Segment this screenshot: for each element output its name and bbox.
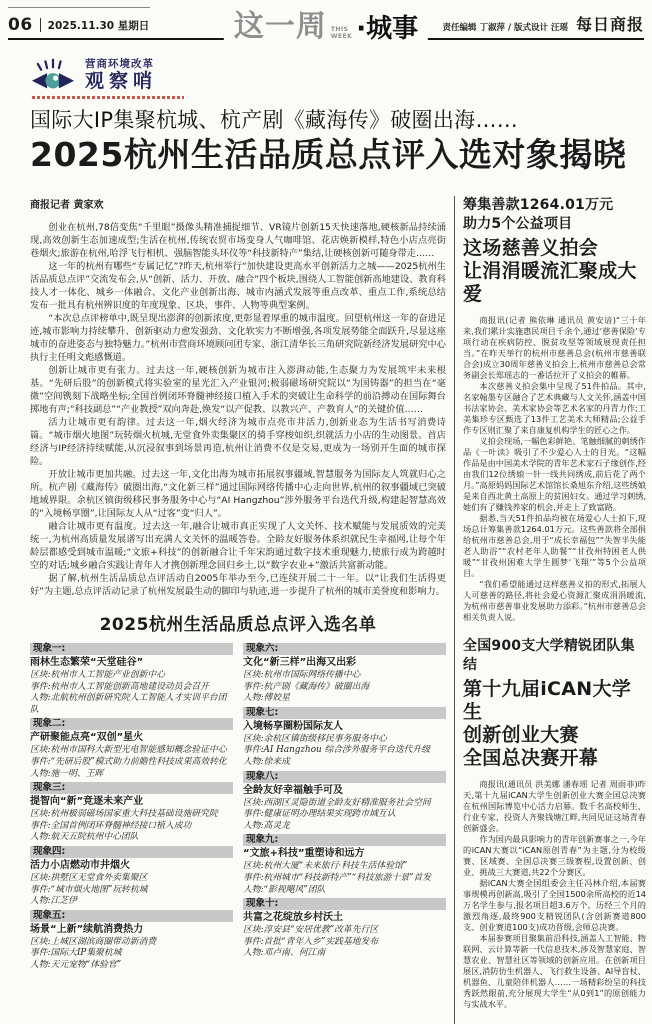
list-item: 现象二: 产研聚能点亮“双创”星火 区块:杭州市国科大新型光电智能感知概念验证中…	[30, 718, 233, 780]
list-item-label: 现象二:	[30, 718, 233, 730]
content-columns: 商报记者 黄家欢 创业在杭州,78倍变焦“千里眼”摄像头精准捕捉细节、VR镜片创…	[30, 196, 646, 1024]
list-item: 现象五: 场景“上新”续航消费热力 区块:上城区湖滨商圈带动新消费 事件:国际大…	[30, 910, 233, 972]
sidebar-article-body: 商报讯(记者 熊依琳 通讯员 黄安谙)“三十年来,我们累计实施惠民项目千余个,通…	[463, 315, 646, 623]
sidebar-article-kicker: 全国900支大学精锐团队集结	[463, 637, 646, 675]
list-item-title: 入境畅享圈粉国际友人	[243, 721, 446, 733]
kicker-line: 全国900支大学精锐团队集结	[463, 637, 646, 675]
badge-row: 营商环境改革 观察哨	[26, 56, 184, 92]
list-item-event: 事件:首批“青年入乡”实践基地发布	[243, 937, 446, 949]
list-item-event: 事件:全国首例闭环脊髓神经接口植入成功	[30, 821, 233, 833]
header-left: 06 2025.11.30 星期日	[8, 15, 149, 35]
list-item-block: 区块:西湖区灵隐街道全龄友好精准服务社会空间	[243, 798, 446, 810]
list-item-label: 现象一:	[30, 643, 233, 655]
eye-icon	[26, 58, 80, 90]
body-paragraph: 开放让城市更加共融。过去这一年,文化出海为城市拓展叙事疆域,智慧服务为国际友人筑…	[30, 468, 446, 520]
headline-line: 全国总决赛开幕	[463, 747, 646, 770]
kicker-line: 筹集善款1264.01万元	[463, 196, 646, 215]
newspaper-page: 06 2025.11.30 星期日 这一周 THIS WEEK ·城事 责任编辑…	[0, 0, 652, 1024]
list-item-block: 区块:杭州极弱磁场国家重大科技基础设施研究院	[30, 809, 233, 821]
list-item: 现象九: “文旅+科技”重塑诗和远方 区块:杭州大厦“未来旅行·科技生活体验馆”…	[243, 834, 446, 896]
list-item-title: 雨林生态繁荣“天堂硅谷”	[30, 657, 233, 669]
page-number: 06	[8, 15, 33, 35]
sidebar-column: 筹集善款1264.01万元助力5个公益项目 这场慈善义拍会让涓涓暖流汇聚成大爱 …	[454, 196, 646, 1024]
list-item-person: 人物:北航杭州创新研究院人工智能人才实训平台团队	[30, 693, 233, 716]
namelist-section: 2025杭州生活品质总点评入选名单 现象一: 雨林生态繁荣“天堂硅谷” 区块:杭…	[30, 610, 446, 974]
list-item-block: 区块:拱墅区无堂食外卖集聚区	[30, 873, 233, 885]
list-item-person: 人物:“影视飓风”团队	[243, 885, 446, 897]
body-paragraph: 这一年的杭州有哪些“专属记忆”?昨天,杭州举行“加快建设更高水平创新活力之城——…	[30, 260, 446, 312]
list-item-label: 现象五:	[30, 910, 233, 922]
body-paragraph: 融合让城市更有温度。过去这一年,融合让城市真正实现了人文关怀、技术赋能与发展质效…	[30, 520, 446, 572]
headline-line: 第十九届iCAN大学生	[463, 678, 646, 724]
list-item-block: 区块:淳安县“安居优教”改革先行区	[243, 925, 446, 937]
list-item-label: 现象六:	[243, 643, 446, 655]
list-item-person: 人物:高灵龙	[243, 821, 446, 833]
header-right: 责任编辑 丁淑萍 / 版式设计 汪瑶 每日商报	[443, 12, 644, 35]
list-item-label: 现象八:	[243, 771, 446, 783]
page-date: 2025.11.30 星期日	[48, 18, 150, 33]
badge-line2: 观察哨	[85, 71, 157, 92]
list-item-block: 区块:杭州大厦“未来旅行·科技生活体验馆”	[243, 861, 446, 873]
badge-microtext-rule	[32, 96, 184, 99]
section-logo-sub: ·城事	[356, 16, 418, 42]
body-paragraph: 作为国内最具影响力的青年创新赛事之一,今年的iCAN大赛以“iCAN原创青春”为…	[463, 834, 646, 878]
headline-kicker: 国际大IP集聚杭城、杭产剧《藏海传》破圈出海……	[30, 109, 642, 132]
list-item-event: 事件:“城市烟火地图”玩转杭城	[30, 885, 233, 897]
namelist-column-right: 现象六: 文化“新三样”出海又出彩 区块:杭州市国际网络传播中心 事件:杭产剧《…	[243, 643, 446, 974]
list-item-label: 现象四:	[30, 846, 233, 858]
list-item-block: 区块:上城区湖滨商圈带动新消费	[30, 937, 233, 949]
badge-line1: 营商环境改革	[85, 56, 157, 71]
main-headline: 2025杭州生活品质总点评入选对象揭晓	[30, 136, 642, 174]
list-item: 现象七: 入境畅享圈粉国际友人 区块:余杭区镇街级移民事务服务中心 事件:AI …	[243, 707, 446, 769]
headline-line: 这场慈善义拍会	[463, 237, 646, 260]
list-item-event: 事件:杭州城市“科技新特产”“科技旅游十景”首发	[243, 873, 446, 885]
main-article-column: 商报记者 黄家欢 创业在杭州,78倍变焦“千里眼”摄像头精准捕捉细节、VR镜片创…	[30, 196, 454, 1024]
list-item-block: 区块:杭州市人工智能产业创新中心	[30, 670, 233, 682]
list-item-person: 人物:施一明、王晖	[30, 769, 233, 781]
headline-line: 创新创业大赛	[463, 724, 646, 747]
list-item-title: 活力小店燃动市井烟火	[30, 860, 233, 872]
list-item-block: 区块:杭州市国际网络传播中心	[243, 670, 446, 682]
body-paragraph: “我们希望能通过这样慈善义拍的形式,拓展人人可慈善的路径,将社会爱心资源汇聚成涓…	[463, 579, 646, 623]
page-header: 06 2025.11.30 星期日 这一周 THIS WEEK ·城事 责任编辑…	[8, 10, 644, 40]
list-item-event: 事件:健康证明办理结果实现跨市域互认	[243, 809, 446, 821]
list-item-title: 文化“新三样”出海又出彩	[243, 657, 446, 669]
sidebar-article-ican: 全国900支大学精锐团队集结 第十九届iCAN大学生创新创业大赛全国总决赛开幕 …	[463, 637, 646, 1010]
byline: 商报记者 黄家欢	[30, 196, 446, 211]
body-paragraph: 活力让城市更有韵律。过去这一年,烟火经济为城市点亮市井活力,创新业态为生活书写消…	[30, 416, 446, 468]
list-item: 现象八: 全龄友好幸福触手可及 区块:西湖区灵隐街道全龄友好精准服务社会空间 事…	[243, 771, 446, 833]
sidebar-article-charity: 筹集善款1264.01万元助力5个公益项目 这场慈善义拍会让涓涓暖流汇聚成大爱 …	[463, 196, 646, 623]
body-paragraph: 商报讯(通讯员 洪美娜 潘春瑶 记者 周雨菲)昨天,第十九届iCAN大学生创新创…	[463, 779, 646, 834]
sidebar-article-headline: 第十九届iCAN大学生创新创业大赛全国总决赛开幕	[463, 678, 646, 770]
masthead: 每日商报	[576, 12, 644, 35]
badge-texts: 营商环境改革 观察哨	[85, 56, 157, 92]
main-article-body: 创业在杭州,78倍变焦“千里眼”摄像头精准捕捉细节、VR镜片创新15天快速落地,…	[30, 221, 446, 598]
list-item-person: 人物:傅姣星	[243, 693, 446, 705]
section-logo-en: THIS WEEK	[331, 26, 352, 40]
header-divider	[40, 18, 41, 32]
list-item-label: 现象十:	[243, 898, 446, 910]
headline-line: 让涓涓暖流汇聚成大爱	[463, 260, 646, 306]
top-trim-rule	[8, 7, 150, 8]
body-paragraph: 创业在杭州,78倍变焦“千里眼”摄像头精准捕捉细节、VR镜片创新15天快速落地,…	[30, 221, 446, 260]
body-paragraph: 据了解,杭州生活品质总点评活动自2005年举办至今,已连续开展二十一年。以“让我…	[30, 572, 446, 598]
namelist-title: 2025杭州生活品质总点评入选名单	[30, 610, 446, 635]
body-paragraph: 据iCAN大赛全国组委会主任冯林介绍,本届赛事规模再创新高,吸引了全国1500余…	[463, 878, 646, 933]
sidebar-article-kicker: 筹集善款1264.01万元助力5个公益项目	[463, 196, 646, 234]
logo-en-line2: WEEK	[331, 33, 352, 40]
list-item-title: 共富之花绽放乡村沃土	[243, 912, 446, 924]
body-paragraph: 本届参赛项目聚集前沿科技,涵盖人工智能、物联网、云计算等新一代信息技术,涉及智慧…	[463, 933, 646, 1010]
list-item-event: 事件:杭州市人工智能创新高地建设动员会召开	[30, 682, 233, 694]
list-item-event: 事件:杭产剧《藏海传》破圈出海	[243, 682, 446, 694]
list-item-block: 区块:杭州市国科大新型光电智能感知概念验证中心	[30, 745, 233, 757]
kicker-line: 助力5个公益项目	[463, 215, 646, 234]
lead-headline-block: 国际大IP集聚杭城、杭产剧《藏海传》破圈出海…… 2025杭州生活品质总点评入选…	[30, 109, 642, 174]
list-item-block: 区块:余杭区镇街级移民事务服务中心	[243, 734, 446, 746]
list-item: 现象十: 共富之花绽放乡村沃土 区块:淳安县“安居优教”改革先行区 事件:首批“…	[243, 898, 446, 960]
namelist-columns: 现象一: 雨林生态繁荣“天堂硅谷” 区块:杭州市人工智能产业创新中心 事件:杭州…	[30, 643, 446, 974]
observer-badge: 营商环境改革 观察哨	[26, 56, 184, 99]
list-item-person: 人物:航天五院杭州中心团队	[30, 832, 233, 844]
body-paragraph: 本次慈善义拍会集中呈现了51件拍品。其中,名家翰墨专区融合了艺术典藏与人文关怀,…	[463, 381, 646, 436]
namelist-column-left: 现象一: 雨林生态繁荣“天堂硅谷” 区块:杭州市人工智能产业创新中心 事件:杭州…	[30, 643, 233, 974]
list-item-title: 场景“上新”续航消费热力	[30, 924, 233, 936]
list-item-event: 事件:“先研后股”模式助力前瞻性科技成果高效转化	[30, 757, 233, 769]
section-logo-main: 这一周	[234, 12, 327, 42]
list-item: 现象三: 提智向“新”竞逐未来产业 区块:杭州极弱磁场国家重大科技基础设施研究院…	[30, 782, 233, 844]
list-item-person: 人物:天元宠物“体验官”	[30, 960, 233, 972]
body-paragraph: “本次总点评榜单中,既呈现出澎湃的创新浓度,更彰显着厚重的城市温度。回望杭州这一…	[30, 312, 446, 364]
section-logo: 这一周 THIS WEEK ·城事	[224, 4, 428, 42]
list-item-title: 提智向“新”竞逐未来产业	[30, 796, 233, 808]
body-paragraph: 商报讯(记者 熊依琳 通讯员 黄安谙)“三十年来,我们累计实施惠民项目千余个,通…	[463, 315, 646, 381]
list-item-title: 全龄友好幸福触手可及	[243, 785, 446, 797]
list-item-event: 事件:AI Hangzhou 综合涉外服务平台迭代升级	[243, 745, 446, 757]
list-item-label: 现象七:	[243, 707, 446, 719]
list-item-title: 产研聚能点亮“双创”星火	[30, 732, 233, 744]
editor-credits: 责任编辑 丁淑萍 / 版式设计 汪瑶	[443, 21, 568, 33]
list-item-event: 事件:国际大IP集聚杭城	[30, 948, 233, 960]
list-item-label: 现象三:	[30, 782, 233, 794]
list-item-title: “文旅+科技”重塑诗和远方	[243, 848, 446, 860]
list-item-person: 人物:邓卢南、何江南	[243, 948, 446, 960]
list-item: 现象一: 雨林生态繁荣“天堂硅谷” 区块:杭州市人工智能产业创新中心 事件:杭州…	[30, 643, 233, 716]
list-item: 现象六: 文化“新三样”出海又出彩 区块:杭州市国际网络传播中心 事件:杭产剧《…	[243, 643, 446, 705]
body-paragraph: 创新让城市更有张力。过去这一年,硬核创新为城市注入澎湃动能,生态聚力为发展筑牢未…	[30, 364, 446, 416]
body-paragraph: 义拍会现场,一幅色彩鲜艳、笔触细腻的刺绣作品《一叶读》吸引了不少爱心人士的目光。…	[463, 436, 646, 513]
list-item-person: 人物:江芝伊	[30, 896, 233, 908]
sidebar-article-body: 商报讯(通讯员 洪美娜 潘春瑶 记者 周雨菲)昨天,第十九届iCAN大学生创新创…	[463, 779, 646, 1010]
list-item: 现象四: 活力小店燃动市井烟火 区块:拱墅区无堂食外卖集聚区 事件:“城市烟火地…	[30, 846, 233, 908]
sidebar-article-headline: 这场慈善义拍会让涓涓暖流汇聚成大爱	[463, 237, 646, 306]
list-item-label: 现象九:	[243, 834, 446, 846]
list-item-person: 人物:徐来成	[243, 757, 446, 769]
logo-en-line1: THIS	[331, 26, 352, 33]
body-paragraph: 据悉,当天51件拍品均被在场爱心人士拍下,现场总计筹集善款1264.01万元。这…	[463, 513, 646, 579]
